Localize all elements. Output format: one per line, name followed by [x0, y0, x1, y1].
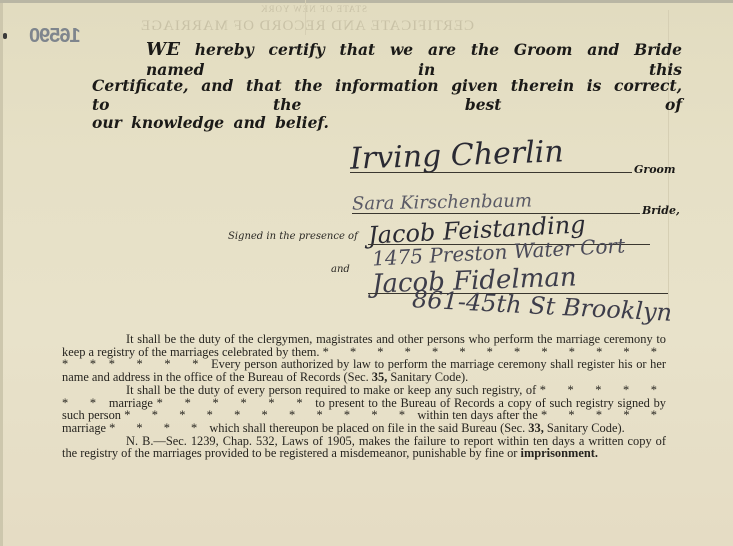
witness-2-address: 861-45th St Brooklyn	[411, 285, 672, 327]
certification-line-3: our knowledge and belief.	[92, 113, 682, 132]
bleed-rule	[305, 0, 306, 35]
groom-signature-line	[350, 172, 632, 173]
certification-line-1-text: hereby certify that we are the Groom and…	[146, 40, 682, 79]
legal-notice: It shall be the duty of the clergymen, m…	[62, 333, 666, 460]
bride-label: Bride,	[642, 204, 680, 217]
certification-line-2: Certificate, and that the information gi…	[92, 76, 682, 114]
punch-mark	[3, 33, 7, 39]
serial-number-stamp: 16590	[30, 25, 81, 48]
groom-label: Groom	[634, 163, 676, 176]
witness-prefix-label: Signed in the presence of	[228, 231, 358, 242]
witness-and-label: and	[331, 264, 350, 275]
certification-line-1: WE hereby certify that we are the Groom …	[146, 39, 682, 79]
certificate-page: STATE OF NEW YORK CERTIFICATE AND RECORD…	[0, 0, 733, 546]
legal-p2-text-e: marriage	[62, 421, 106, 435]
bride-signature: Sara Kirschenbaum	[352, 190, 532, 214]
bleed-through-certificate-title: CERTIFICATE AND RECORD OF MARRIAGE	[140, 18, 474, 35]
legal-paragraph-2: It shall be the duty of every person req…	[62, 384, 666, 435]
legal-paragraph-1: It shall be the duty of the clergymen, m…	[62, 333, 666, 384]
bleed-through-state-header: STATE OF NEW YORK	[260, 4, 367, 14]
legal-paragraph-3: N. B.—Sec. 1239, Chap. 532, Laws of 1905…	[62, 435, 666, 460]
bride-signature-line	[352, 213, 640, 214]
certification-lead-word: WE	[146, 39, 180, 60]
legal-p3-text-b: imprisonment.	[521, 446, 598, 460]
groom-signature: Irving Cherlin	[349, 134, 564, 176]
